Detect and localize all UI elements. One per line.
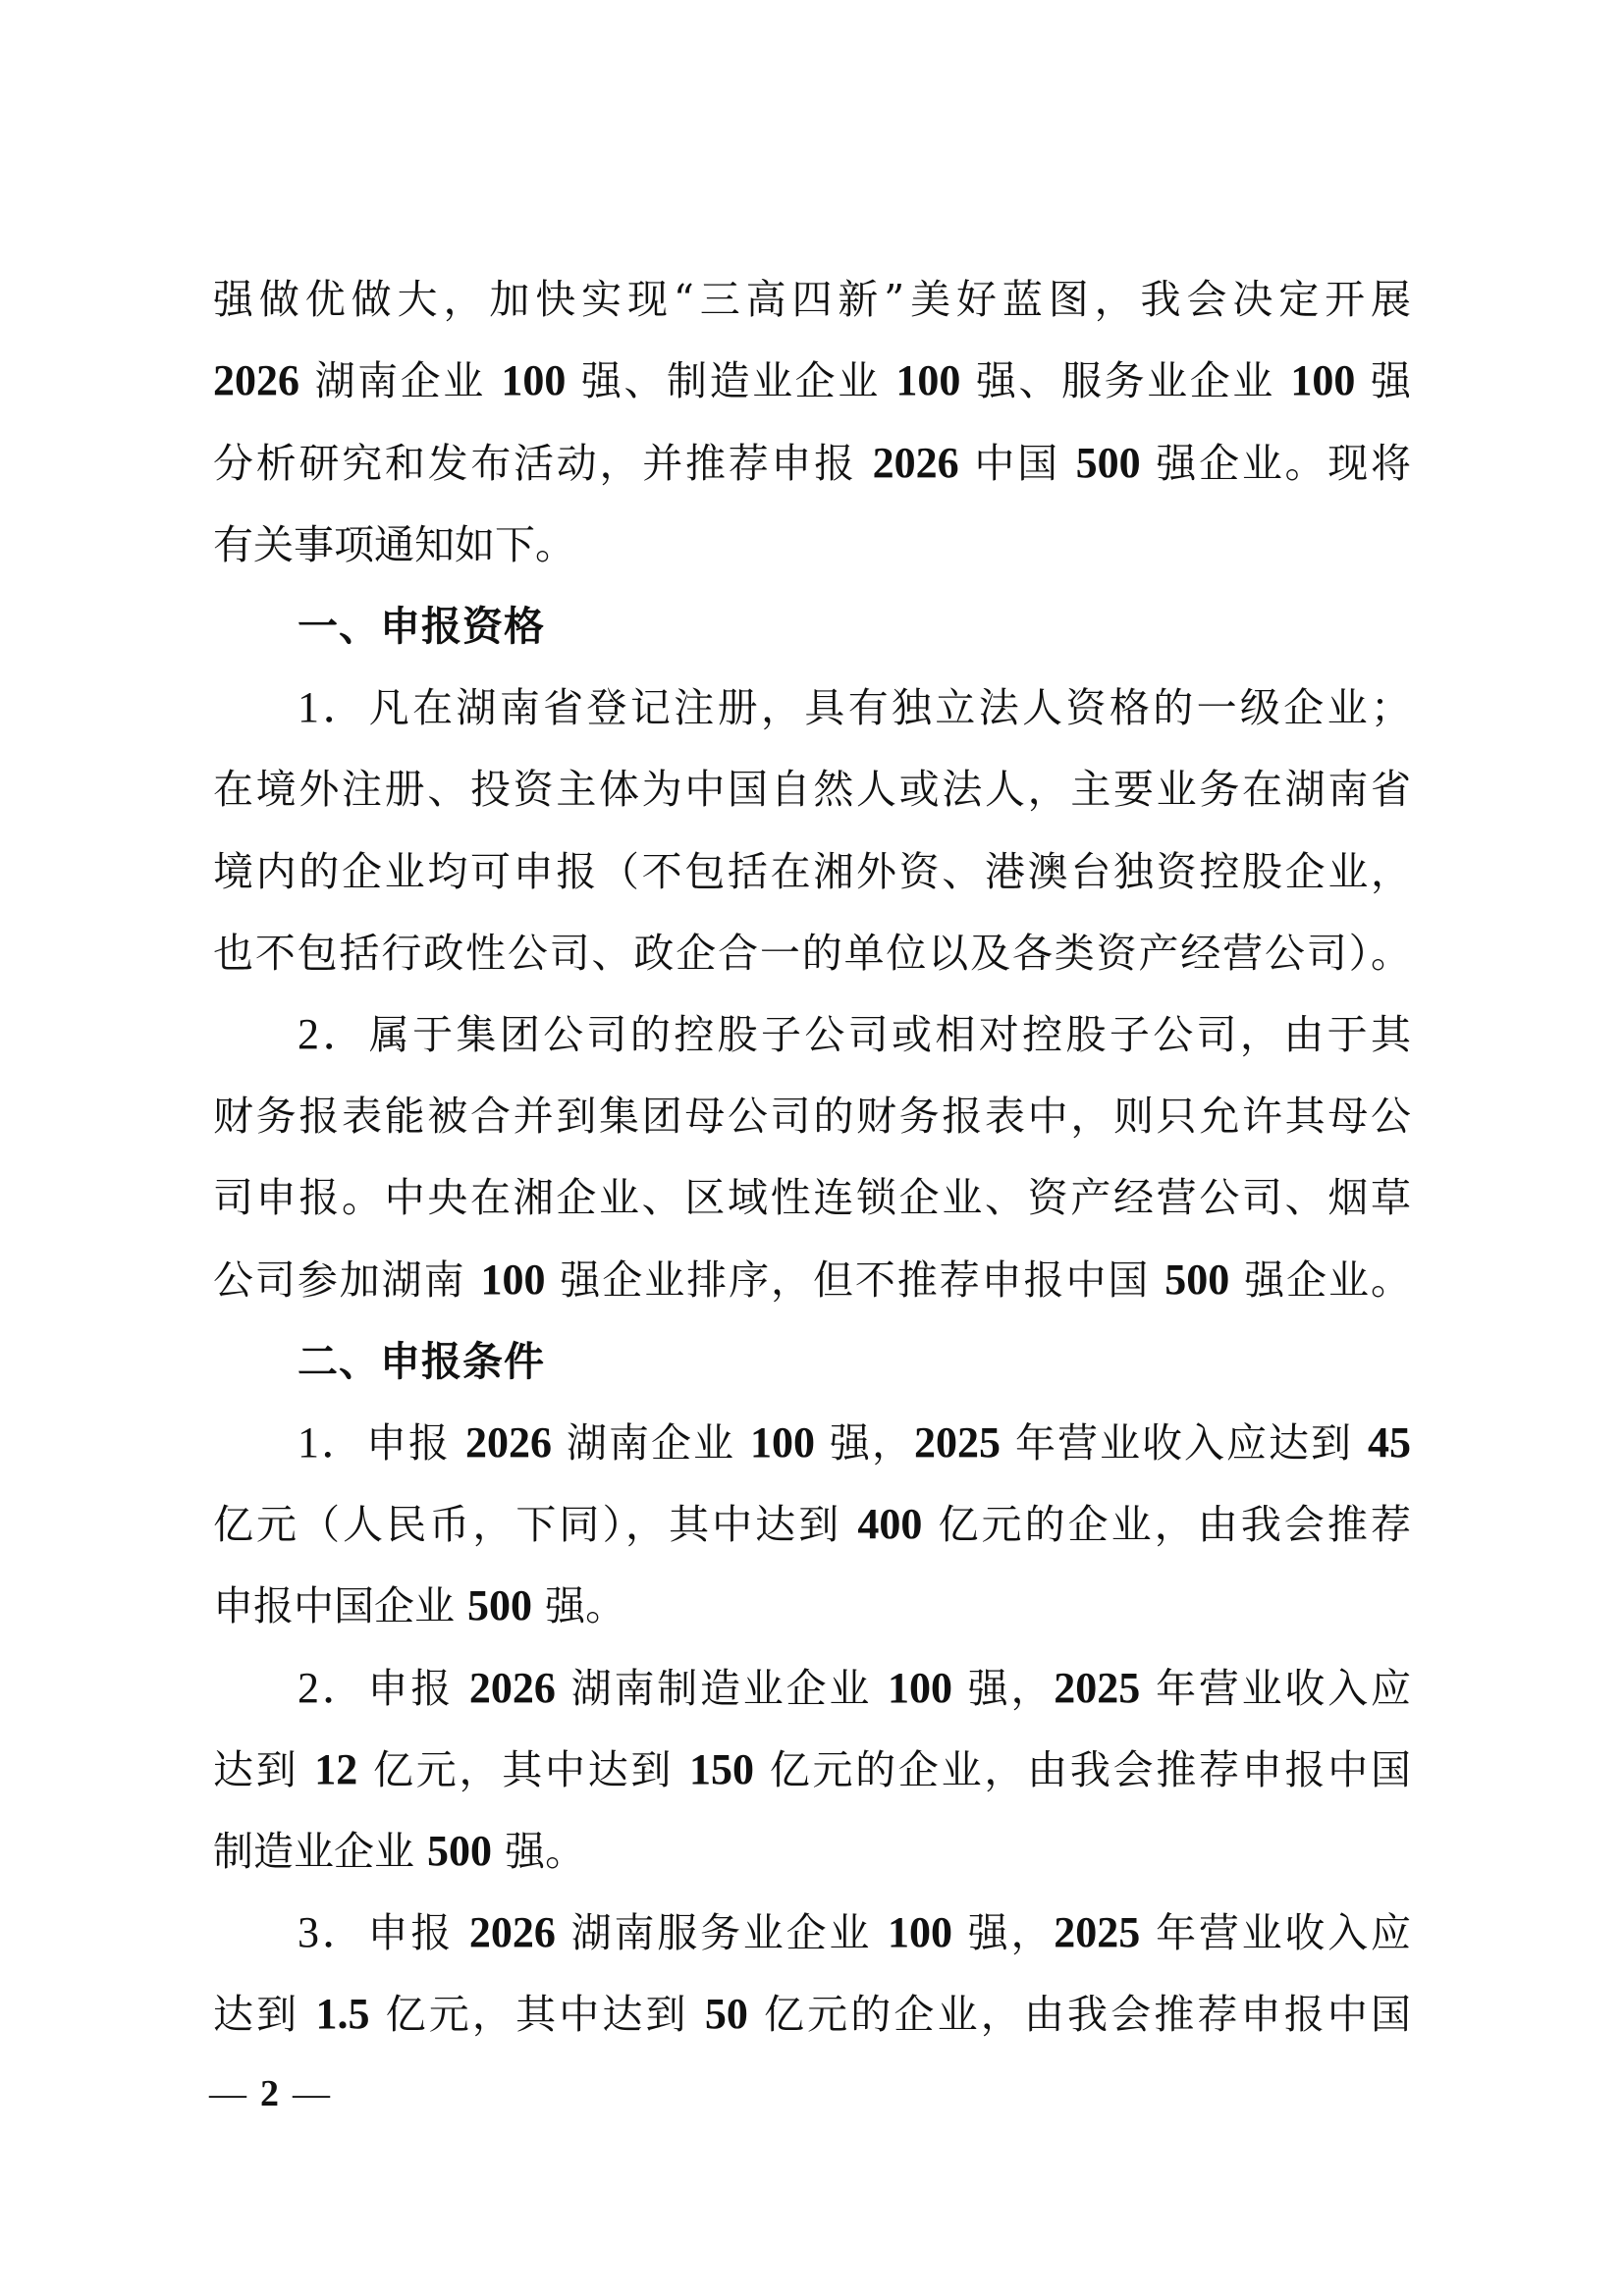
paragraph-line: 2．申报 2026 湖南制造业企业 100 强，2025 年营业收入应 bbox=[298, 1659, 1411, 1718]
paragraph-line: 境内的企业均可申报（不包括在湘外资、港澳台独资控股企业， bbox=[213, 842, 1411, 901]
paragraph-line: 2026 湖南企业 100 强、制造业企业 100 强、服务业企业 100 强 bbox=[213, 351, 1411, 410]
paragraph-line: 达到 1.5 亿元，其中达到 50 亿元的企业，由我会推荐申报中国 bbox=[213, 1985, 1411, 2044]
paragraph-line: 在境外注册、投资主体为中国自然人或法人，主要业务在湖南省 bbox=[213, 760, 1411, 819]
section-heading-conditions: 二、申报条件 bbox=[298, 1332, 1411, 1391]
page-number: 2 bbox=[260, 2073, 279, 2114]
paragraph-line: 分析研究和发布活动，并推荐申报 2026 中国 500 强企业。现将 bbox=[213, 434, 1411, 493]
document-page: 强做优做大，加快实现“三高四新”美好蓝图，我会决定开展 2026 湖南企业 10… bbox=[0, 0, 1624, 2296]
paragraph-line: 1．凡在湖南省登记注册，具有独立法人资格的一级企业； bbox=[298, 678, 1411, 737]
paragraph-line: 制造业企业 500 强。 bbox=[213, 1822, 1411, 1881]
paragraph-line: 2．属于集团公司的控股子公司或相对控股子公司，由于其 bbox=[298, 1005, 1411, 1064]
section-heading-eligibility: 一、申报资格 bbox=[298, 597, 1411, 656]
paragraph-line: 1．申报 2026 湖南企业 100 强，2025 年营业收入应达到 45 bbox=[298, 1414, 1411, 1472]
paragraph-line: 也不包括行政性公司、政企合一的单位以及各类资产经营公司）。 bbox=[213, 924, 1411, 983]
dash-right: — bbox=[293, 2073, 330, 2114]
page-number-footer: —2— bbox=[209, 2071, 330, 2116]
paragraph-line: 公司参加湖南 100 强企业排序，但不推荐申报中国 500 强企业。 bbox=[213, 1251, 1411, 1309]
dash-left: — bbox=[209, 2073, 246, 2114]
paragraph-line: 有关事项通知如下。 bbox=[213, 515, 1411, 574]
paragraph-line: 强做优做大，加快实现“三高四新”美好蓝图，我会决定开展 bbox=[213, 270, 1411, 329]
paragraph-line: 财务报表能被合并到集团母公司的财务报表中，则只允许其母公 bbox=[213, 1087, 1411, 1146]
paragraph-line: 申报中国企业 500 强。 bbox=[213, 1576, 1411, 1635]
paragraph-line: 司申报。中央在湘企业、区域性连锁企业、资产经营公司、烟草 bbox=[213, 1168, 1411, 1227]
paragraph-line: 3．申报 2026 湖南服务业企业 100 强，2025 年营业收入应 bbox=[298, 1903, 1411, 1962]
paragraph-line: 达到 12 亿元，其中达到 150 亿元的企业，由我会推荐申报中国 bbox=[213, 1740, 1411, 1799]
paragraph-line: 亿元（人民币，下同），其中达到 400 亿元的企业，由我会推荐 bbox=[213, 1495, 1411, 1554]
